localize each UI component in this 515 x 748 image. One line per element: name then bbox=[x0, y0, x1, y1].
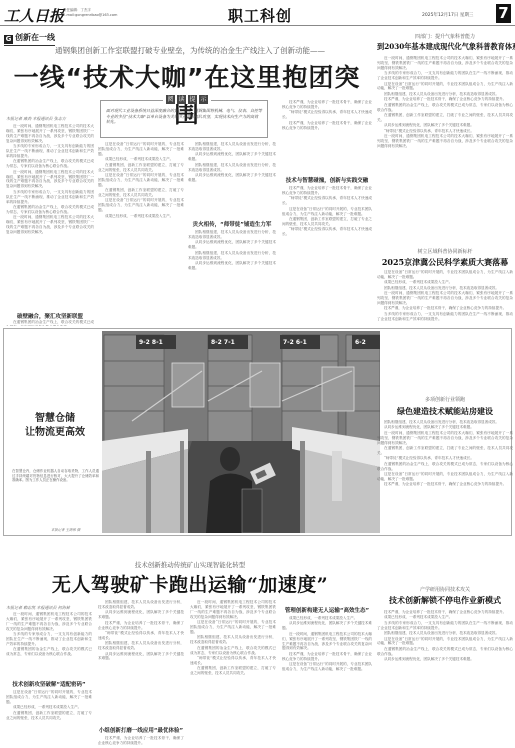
sidebar-headline-1[interactable]: 到2030年基本建成现代化气象科普教育体系 bbox=[377, 42, 513, 52]
bottom-kicker: 技术创新推动传统矿山实现智能化转型 bbox=[30, 560, 350, 569]
sidebar-article-2-body: 这是在设备“日常运行”的同时开展的，专业技术团队组成合力，为生产线注入新动能，解… bbox=[377, 270, 513, 392]
sidebar-kicker-1: 四部门：提升气象科普能力 bbox=[377, 33, 513, 40]
masthead: 工人日报 责任编辑：丁杰宇 E-mail:gongrenribao@163.co… bbox=[0, 0, 515, 26]
bottom-column-2: 团队相继组建，技术人员从设备出发进行分析，技术改造取得显著成效。从同步运维到流程… bbox=[98, 600, 184, 720]
bottom-subhead-3: 管理创新构建无人运输“高效生态” bbox=[282, 606, 372, 614]
svg-text:8-2 7-1: 8-2 7-1 bbox=[211, 339, 235, 346]
reading-tip-box: 阅 读 提 示 面对现代工业设备系统日益深度融合的复杂挑战，通钢集团将机械、电气… bbox=[100, 100, 268, 138]
bottom-byline: 本报记者 赖志凯 本报通讯员 何海林 bbox=[6, 605, 70, 611]
photo-caption: 在智慧仓内，仓储作业机器人自动存取货物，工作人员通过手持终端对货物信息进行核对，… bbox=[12, 469, 99, 483]
lead-column-4: 技术严谨，为企业培养了一批技术骨干，确保了企业核心竞争力的持续提升。“师带徒”模… bbox=[282, 100, 372, 172]
lead-column-1-cont: 在通钢集团的冶金生产线上，联合攻关的模式已成为常态，专家们以设备为核心联合作战。 bbox=[6, 320, 94, 326]
column-g-icon: G bbox=[4, 35, 13, 44]
bottom-headline[interactable]: 无人驾驶矿卡跑出运输“加速度” bbox=[30, 570, 350, 597]
lead-column-3: 团队相继组建，技术人员从设备出发进行分析，技术改造取得显著成效。从同步运维到流程… bbox=[188, 142, 276, 218]
bottom-column-1-cont: 这是在设备“日常运行”的同时开展的，专业技术团队组成合力，为生产线注入新动能，解… bbox=[6, 690, 92, 748]
sidebar-headline-2[interactable]: 2025京津冀公民科学素质大赛落幕 bbox=[377, 257, 513, 268]
newspaper-logo: 工人日报 bbox=[4, 5, 64, 26]
bottom-column-2-cont: 技术严谨，为企业培养了一批技术骨干，确保了企业核心竞争力的持续提升。 bbox=[98, 736, 184, 748]
sidebar-article-4-body: 技术严谨，为企业培养了一批技术骨干，确保了企业核心竞争力的持续提升。成果已经形成… bbox=[377, 610, 513, 748]
svg-text:6-2: 6-2 bbox=[355, 339, 366, 346]
reading-tip-text: 面对现代工业设备系统日益深度融合的复杂挑战，通钢集团将机械、电气、仪表、自控等专… bbox=[106, 108, 262, 125]
column-label: G创新在一线 bbox=[4, 32, 55, 46]
svg-text:9-2 8-1: 9-2 8-1 bbox=[139, 339, 163, 346]
lead-subhead-3: 贡火相传，“师带徒”铺造生力军 bbox=[188, 220, 276, 228]
warehouse-scene-illustration: 9-2 8-1 8-2 7-1 7-2 6-1 6-2 bbox=[102, 331, 380, 533]
issue-date: 2025年12月17日 星期三 bbox=[422, 12, 473, 18]
lead-column-4-cont: 技术严谨，为企业培养了一批技术骨干，确保了企业核心竞争力的持续提升。“师带徒”模… bbox=[282, 186, 372, 326]
reading-tip-label: 阅 读 提 示 bbox=[163, 95, 211, 104]
lead-subhead-2: 技术与智慧碰撞，创新与实践交融 bbox=[282, 176, 372, 184]
section-title: 职工科创 bbox=[228, 5, 292, 26]
sidebar-article-1-body: 近一段时间，通钢集团机电工程技术公司的技术大咖们，紧张有序地展开了一系列攻坚，钢… bbox=[377, 56, 513, 244]
sidebar-article-3-body: 团队相继组建，技术人员从设备出发进行分析，技术改造取得显著成效。从同步运维到流程… bbox=[377, 420, 513, 578]
page-number: 7 bbox=[496, 4, 511, 23]
warehouse-photo[interactable]: 9-2 8-1 8-2 7-1 7-2 6-1 6-2 bbox=[102, 331, 380, 533]
sidebar-kicker-2: 树立区域科普协同新标杆 bbox=[377, 248, 513, 255]
photo-credit: 本报记者 王鸿伟 摄 bbox=[51, 527, 80, 532]
lead-column-1: 近一段时间，通钢集团机电工程技术公司的技术大咖们，紧张有序地展开了一系列攻坚，钢… bbox=[6, 124, 94, 314]
lead-subhead-1: 破壁融合，聚汇攻坚新联盟 bbox=[6, 312, 94, 320]
lead-byline: 本报记者 康劲 本报通讯员 张志方 bbox=[6, 116, 66, 122]
svg-text:7-2 6-1: 7-2 6-1 bbox=[283, 339, 307, 346]
lead-subtitle: 通钢集团创新工作室联盟打破专业壁垒，为传统的冶金生产线注入了创新动能—— bbox=[30, 45, 350, 56]
photo-feature-title: 智慧仓储 让物流更高效 bbox=[20, 412, 90, 440]
sidebar-headline-4[interactable]: 技术创新解锁不停电作业新模式 bbox=[377, 595, 513, 606]
sidebar-kicker-3: 多项创新行业领跑 bbox=[377, 396, 513, 403]
bottom-column-3: 近一段时间，通钢集团机电工程技术公司的技术大咖们，紧张有序地展开了一系列攻坚，钢… bbox=[190, 600, 276, 748]
editor-info: 责任编辑：丁杰宇 E-mail:gongrenribao@163.com bbox=[63, 8, 117, 17]
news-sidebar: 四部门：提升气象科普能力 到2030年基本建成现代化气象科普教育体系 近一段时间… bbox=[377, 30, 513, 748]
sidebar-headline-3[interactable]: 绿色建造技术赋能站房建设 bbox=[377, 406, 513, 417]
sidebar-kicker-4: 产学研用协同技术攻关 bbox=[377, 586, 513, 593]
bottom-subhead-1: 技术创新攻坚破解“适配密码” bbox=[6, 680, 92, 688]
bottom-column-1: 近一段时间，通钢集团机电工程技术公司的技术大咖们，紧张有序地展开了一系列攻坚，钢… bbox=[6, 612, 92, 674]
lead-column-3-cont: 团队相继组建，技术人员从设备出发进行分析，技术改造取得显著成效。从同步运维到流程… bbox=[188, 230, 276, 326]
lead-column-2: 这是在设备“日常运行”的同时开展的，专业技术团队组成合力，为生产线注入新动能，解… bbox=[98, 142, 184, 326]
bottom-column-4: 成果已经形成，一系列技术成果投入生产。从同步运维到流程优化，团队解决了多个关键技… bbox=[282, 616, 372, 748]
bottom-subhead-2: 小组创新打磨一线应用“最优体验” bbox=[98, 726, 184, 734]
